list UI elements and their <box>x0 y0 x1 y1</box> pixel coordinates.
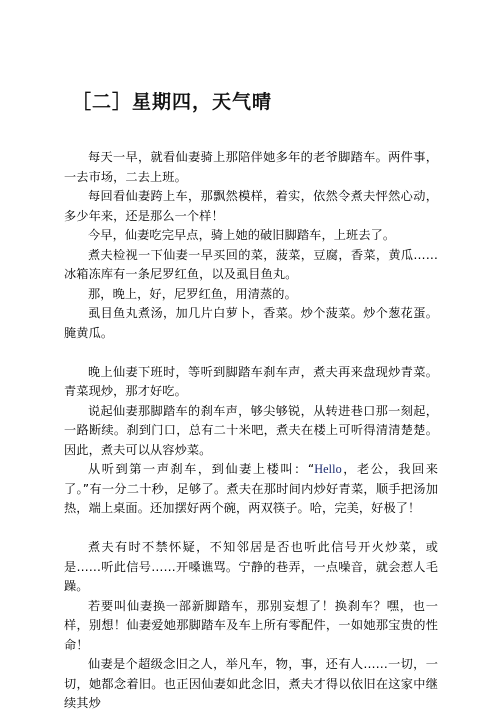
paragraph: 煮夫检视一下仙妻一早买回的菜，菠菜，豆腐，香菜，黄瓜……冰箱冻库有一条尼罗红鱼，… <box>64 246 438 285</box>
paragraph-gap <box>64 519 438 539</box>
paragraph: 从听到第一声刹车，到仙妻上楼叫：“Hello，老公，我回来了。”有一分二十秒，足… <box>64 460 438 519</box>
paragraph-text: 从听到第一声刹车，到仙妻上楼叫：“ <box>88 462 314 476</box>
paragraph: 仙妻是个超级念旧之人，举凡车，物，事，还有人……一切，一切，她都念着旧。也正因仙… <box>64 655 438 711</box>
hello-word: Hello <box>314 462 342 476</box>
section-title: ［二］星期四，天气晴 <box>72 87 272 114</box>
paragraph: 晚上仙妻下班时，等听到脚踏车刹车声，煮夫再来盘现炒青菜。青菜现炒，那才好吃。 <box>64 363 438 402</box>
paragraph: 若要叫仙妻换一部新脚踏车，那别妄想了！换刹车？嘿，也一样，别想！仙妻爱她那脚踏车… <box>64 597 438 656</box>
paragraph: 那，晚上，好，尼罗红鱼，用清蒸的。 <box>64 285 438 305</box>
paragraph: 今早，仙妻吃完早点，骑上她的破旧脚踏车，上班去了。 <box>64 226 438 246</box>
paragraph-gap <box>64 343 438 363</box>
paragraph: 每天一早，就看仙妻骑上那陪伴她多年的老爷脚踏车。两件事，一去市场，二去上班。 <box>64 148 438 187</box>
paragraph: 煮夫有时不禁怀疑，不知邻居是否也听此信号开火炒菜，或是……听此信号……开嗓谯骂。… <box>64 538 438 597</box>
paragraph: 虱目鱼丸煮汤，加几片白萝卜，香菜。炒个菠菜。炒个葱花蛋。腌黄瓜。 <box>64 304 438 343</box>
document-body: 每天一早，就看仙妻骑上那陪伴她多年的老爷脚踏车。两件事，一去市场，二去上班。 每… <box>64 148 438 711</box>
paragraph: 每回看仙妻跨上车，那飘然模样，着实，依然令煮夫怦然心动，多少年来，还是那么一个样… <box>64 187 438 226</box>
paragraph: 说起仙妻那脚踏车的刹车声，够尖够锐，从转进巷口那一刻起，一路断续。刹到门口，总有… <box>64 402 438 461</box>
